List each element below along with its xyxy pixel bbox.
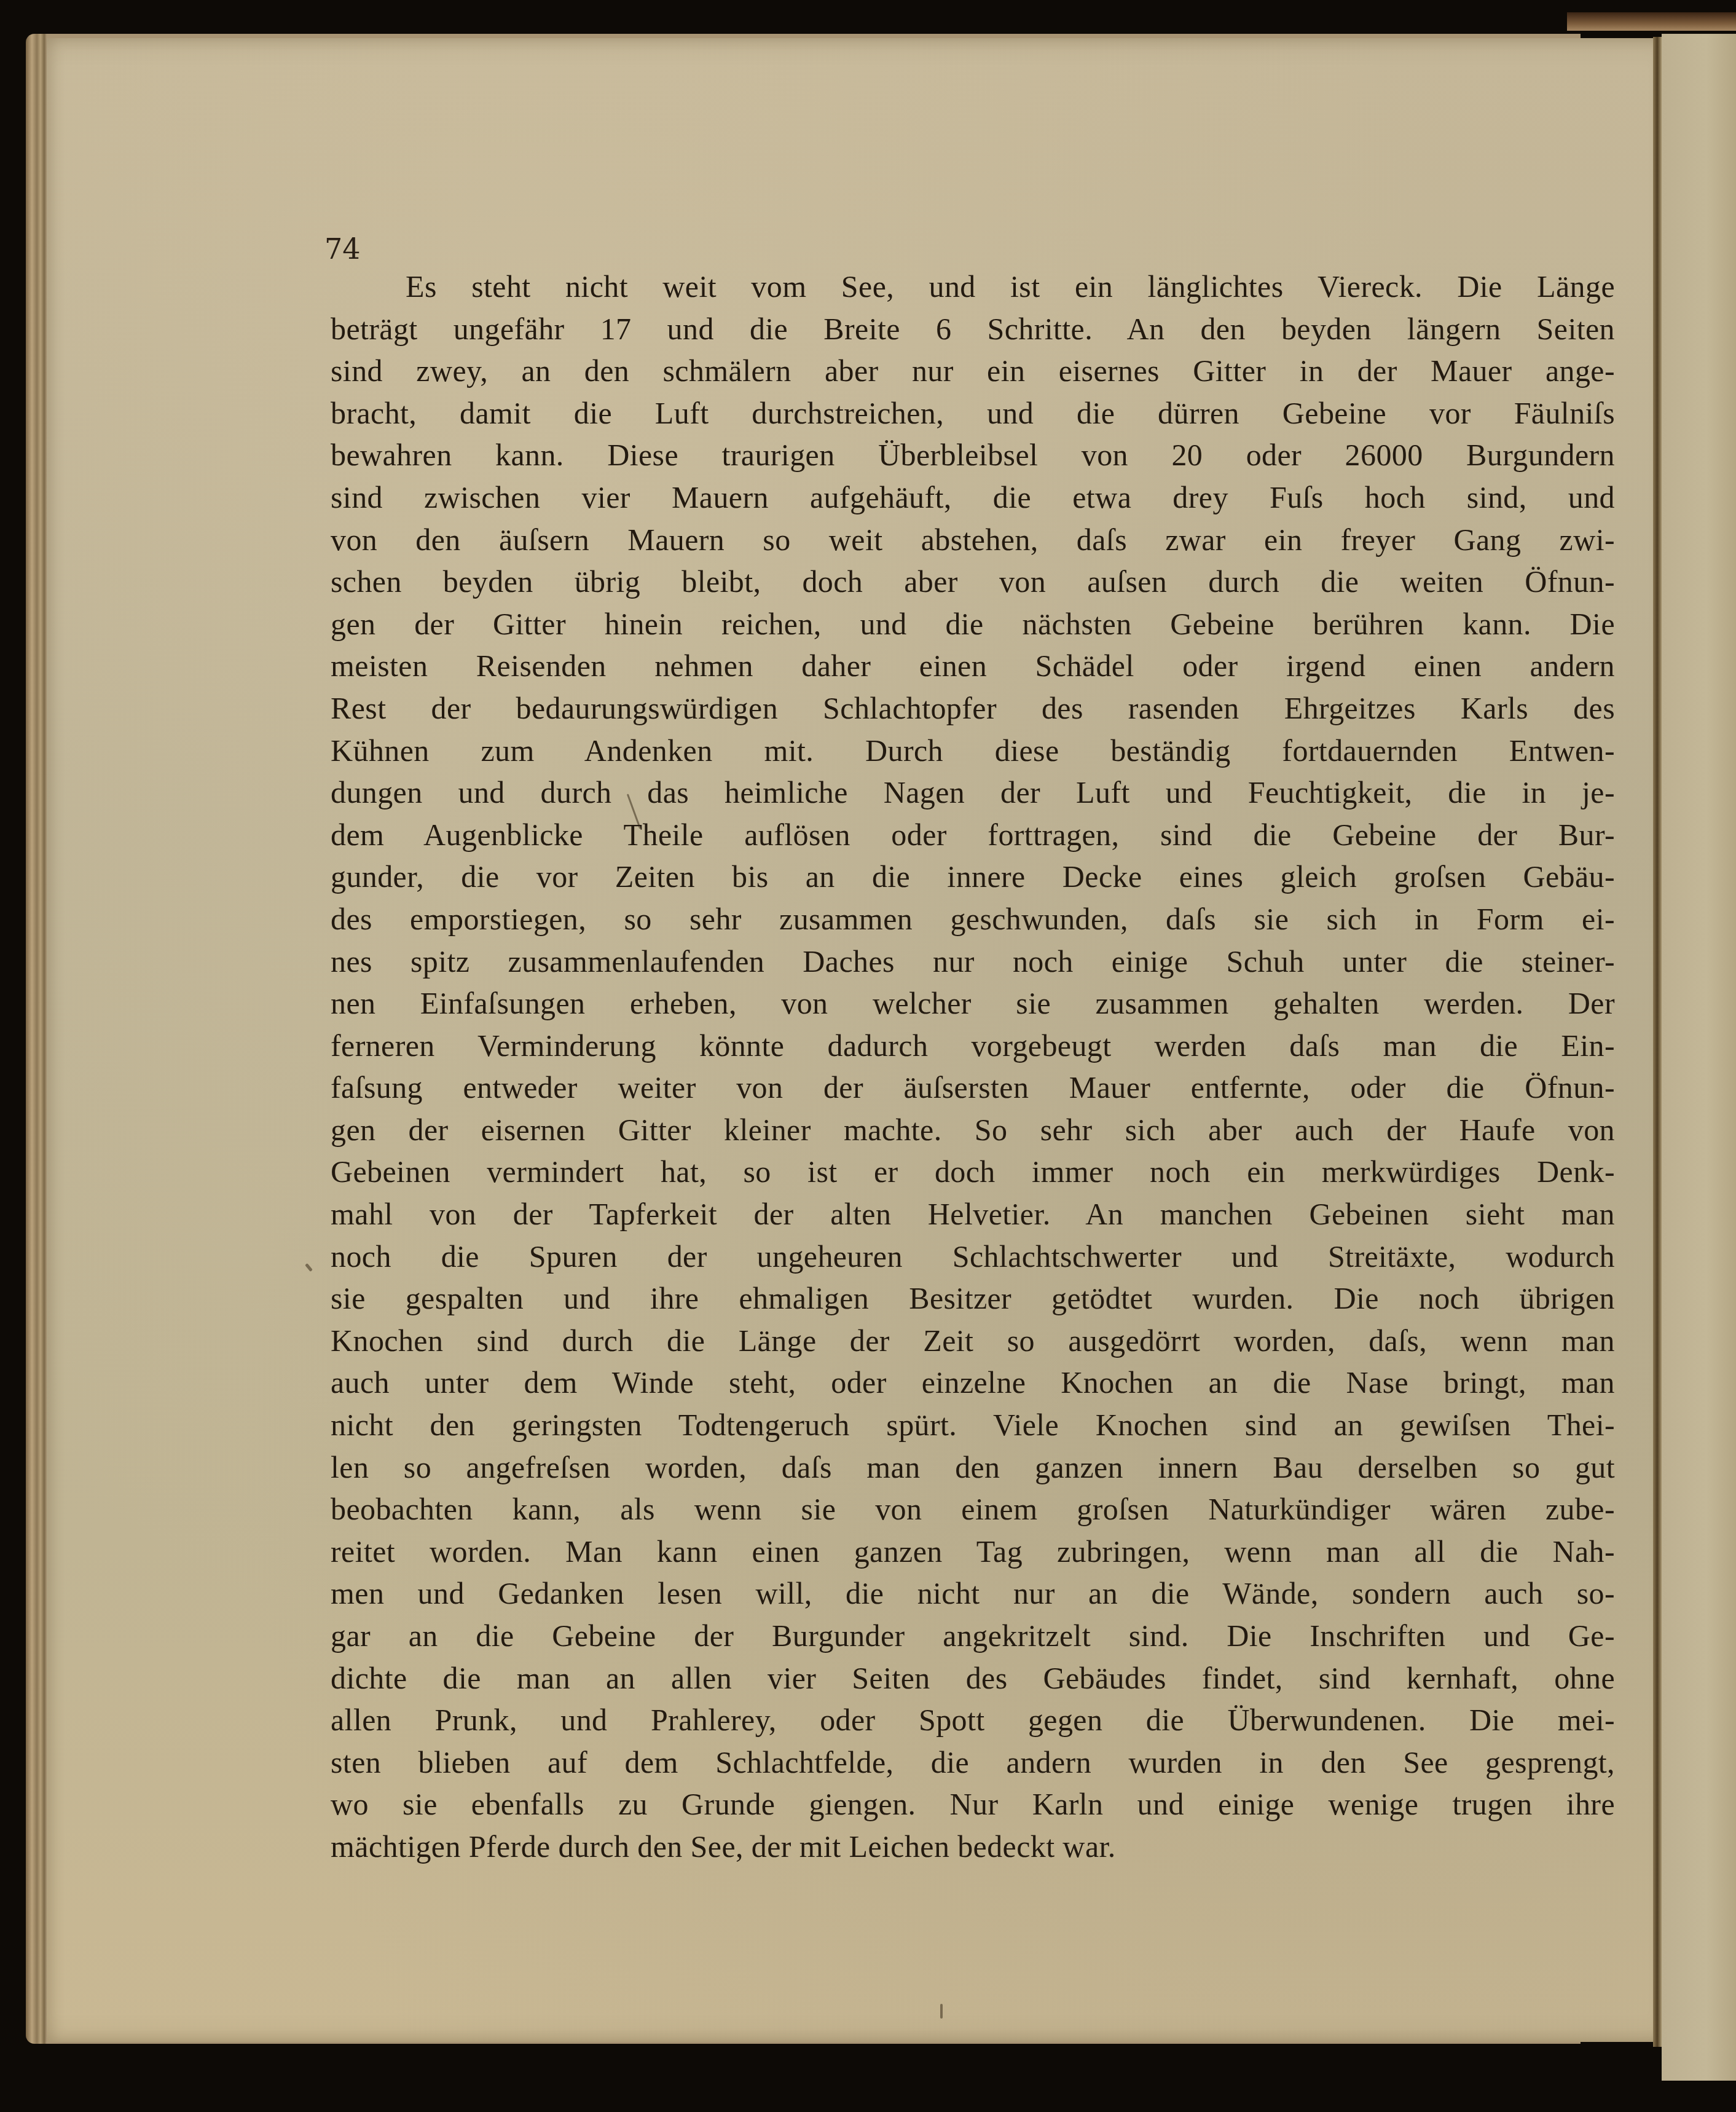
text-line: sten blieben auf dem Schlachtfelde, die … [331, 1741, 1615, 1784]
text-line: faſsung entweder weiter von der äuſserst… [331, 1066, 1615, 1109]
text-line: von den äuſsern Mauern so weit abstehen,… [331, 519, 1615, 561]
body-text: Es steht nicht weit vom See, und ist ein… [331, 266, 1615, 1868]
text-line: mahl von der Tapferkeit der alten Helvet… [331, 1193, 1615, 1235]
text-line: dichte die man an allen vier Seiten des … [331, 1657, 1615, 1700]
text-line: ferneren Verminderung könnte dadurch vor… [331, 1025, 1615, 1067]
text-line: Knochen sind durch die Länge der Zeit so… [331, 1320, 1615, 1362]
text-line: des emporstiegen, so sehr zusammen gesch… [331, 898, 1615, 940]
text-line: dungen und durch das heimliche Nagen der… [331, 771, 1615, 814]
text-line: reitet worden. Man kann einen ganzen Tag… [331, 1531, 1615, 1573]
text-line: auch unter dem Winde steht, oder einzeln… [331, 1361, 1615, 1404]
text-line: men und Gedanken lesen will, die nicht n… [331, 1572, 1615, 1615]
page-number: 74 [324, 232, 361, 266]
text-line: Es steht nicht weit vom See, und ist ein… [331, 266, 1615, 308]
text-line: len so angefreſsen worden, daſs man den … [331, 1446, 1615, 1489]
next-page-edge [1662, 34, 1736, 2081]
text-line: sind zwischen vier Mauern aufgehäuft, di… [331, 476, 1615, 519]
text-line: beobachten kann, als wenn sie von einem … [331, 1488, 1615, 1531]
text-line: wo sie ebenfalls zu Grunde giengen. Nur … [331, 1783, 1615, 1826]
text-line: nen Einfaſsungen erheben, von welcher si… [331, 982, 1615, 1025]
text-line: allen Prunk, und Prahlerey, oder Spott g… [331, 1699, 1615, 1741]
text-line: noch die Spuren der ungeheuren Schlachts… [331, 1235, 1615, 1278]
text-line: mächtigen Pferde durch den See, der mit … [331, 1826, 1615, 1868]
text-line: sie gespalten und ihre ehmaligen Besitze… [331, 1277, 1615, 1320]
text-line: Kühnen zum Andenken mit. Durch diese bes… [331, 730, 1615, 772]
text-line: gen der eisernen Gitter kleiner machte. … [331, 1109, 1615, 1151]
text-line: beträgt ungefähr 17 und die Breite 6 Sch… [331, 308, 1615, 350]
text-line: sind zwey, an den schmälern aber nur ein… [331, 350, 1615, 392]
text-line: nes spitz zusammenlaufenden Daches nur n… [331, 940, 1615, 983]
text-line: meisten Reisenden nehmen daher einen Sch… [331, 645, 1615, 687]
text-line: Rest der bedaurungswürdigen Schlachtopfe… [331, 687, 1615, 730]
text-line: nicht den geringsten Todtengeruch spürt.… [331, 1404, 1615, 1446]
text-line: Gebeinen vermindert hat, so ist er doch … [331, 1151, 1615, 1193]
book-binding-edge [1567, 12, 1736, 31]
text-line: bracht, damit die Luft durchstreichen, u… [331, 392, 1615, 435]
text-line: schen beyden übrig bleibt, doch aber von… [331, 561, 1615, 603]
text-line: gunder, die vor Zeiten bis an die innere… [331, 856, 1615, 898]
text-line: gar an die Gebeine der Burgunder angekri… [331, 1615, 1615, 1657]
paper-fiber-mark [940, 2004, 943, 2019]
text-line: dem Augenblicke Theile auflösen oder for… [331, 814, 1615, 856]
text-line: bewahren kann. Diese traurigen Überbleib… [331, 434, 1615, 476]
book-gutter [1653, 37, 1662, 2047]
text-line: gen der Gitter hinein reichen, und die n… [331, 603, 1615, 645]
